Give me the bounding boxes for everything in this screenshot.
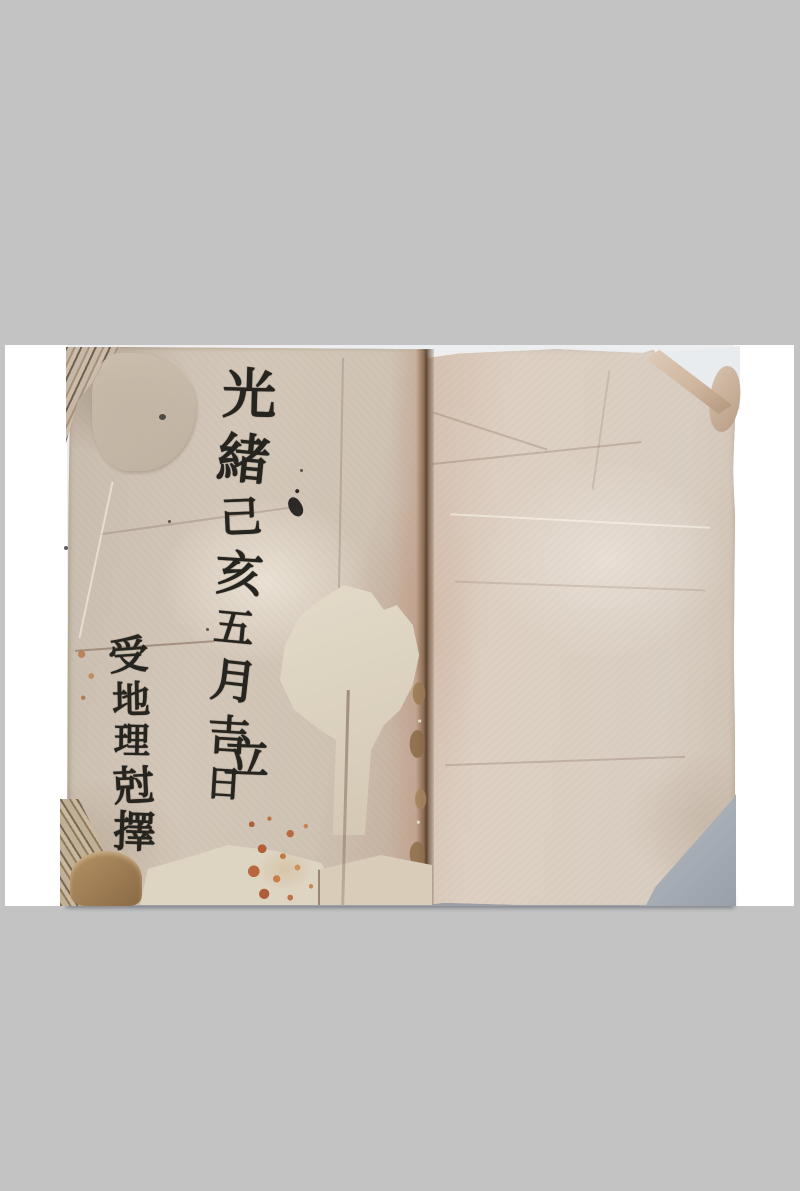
spine-binding-lump (70, 851, 142, 906)
signature-mark: 立 (223, 734, 270, 781)
calligraphy-character: 緒 (205, 430, 282, 490)
calligraphy-character: 月 (195, 655, 272, 710)
calligraphy-character: 理 (100, 723, 165, 760)
paper-speck (64, 546, 68, 550)
calligraphy-character: 擇 (102, 811, 167, 856)
photo-canvas: 光緒己亥五月吉日 立 受地理尅擇 (0, 0, 800, 1191)
calligraphy-character: 尅 (101, 764, 167, 808)
calligraphy-character: 光 (213, 367, 286, 423)
ink-dot (159, 414, 166, 420)
title-inscription: 受地理尅擇 (96, 635, 164, 855)
calligraphy-character: 己 (204, 495, 278, 540)
paper-speck (300, 469, 303, 472)
calligraphy-character: 亥 (202, 549, 277, 601)
photo-white-strip-left (5, 345, 67, 906)
calligraphy-character: 五 (196, 605, 272, 652)
calligraphy-character: 地 (99, 680, 164, 719)
foxing-spots-cluster (233, 813, 337, 907)
photo-white-strip-right (734, 345, 794, 906)
calligraphy-character: 受 (95, 634, 162, 678)
right-page (428, 348, 735, 905)
paper-speck (168, 520, 171, 523)
